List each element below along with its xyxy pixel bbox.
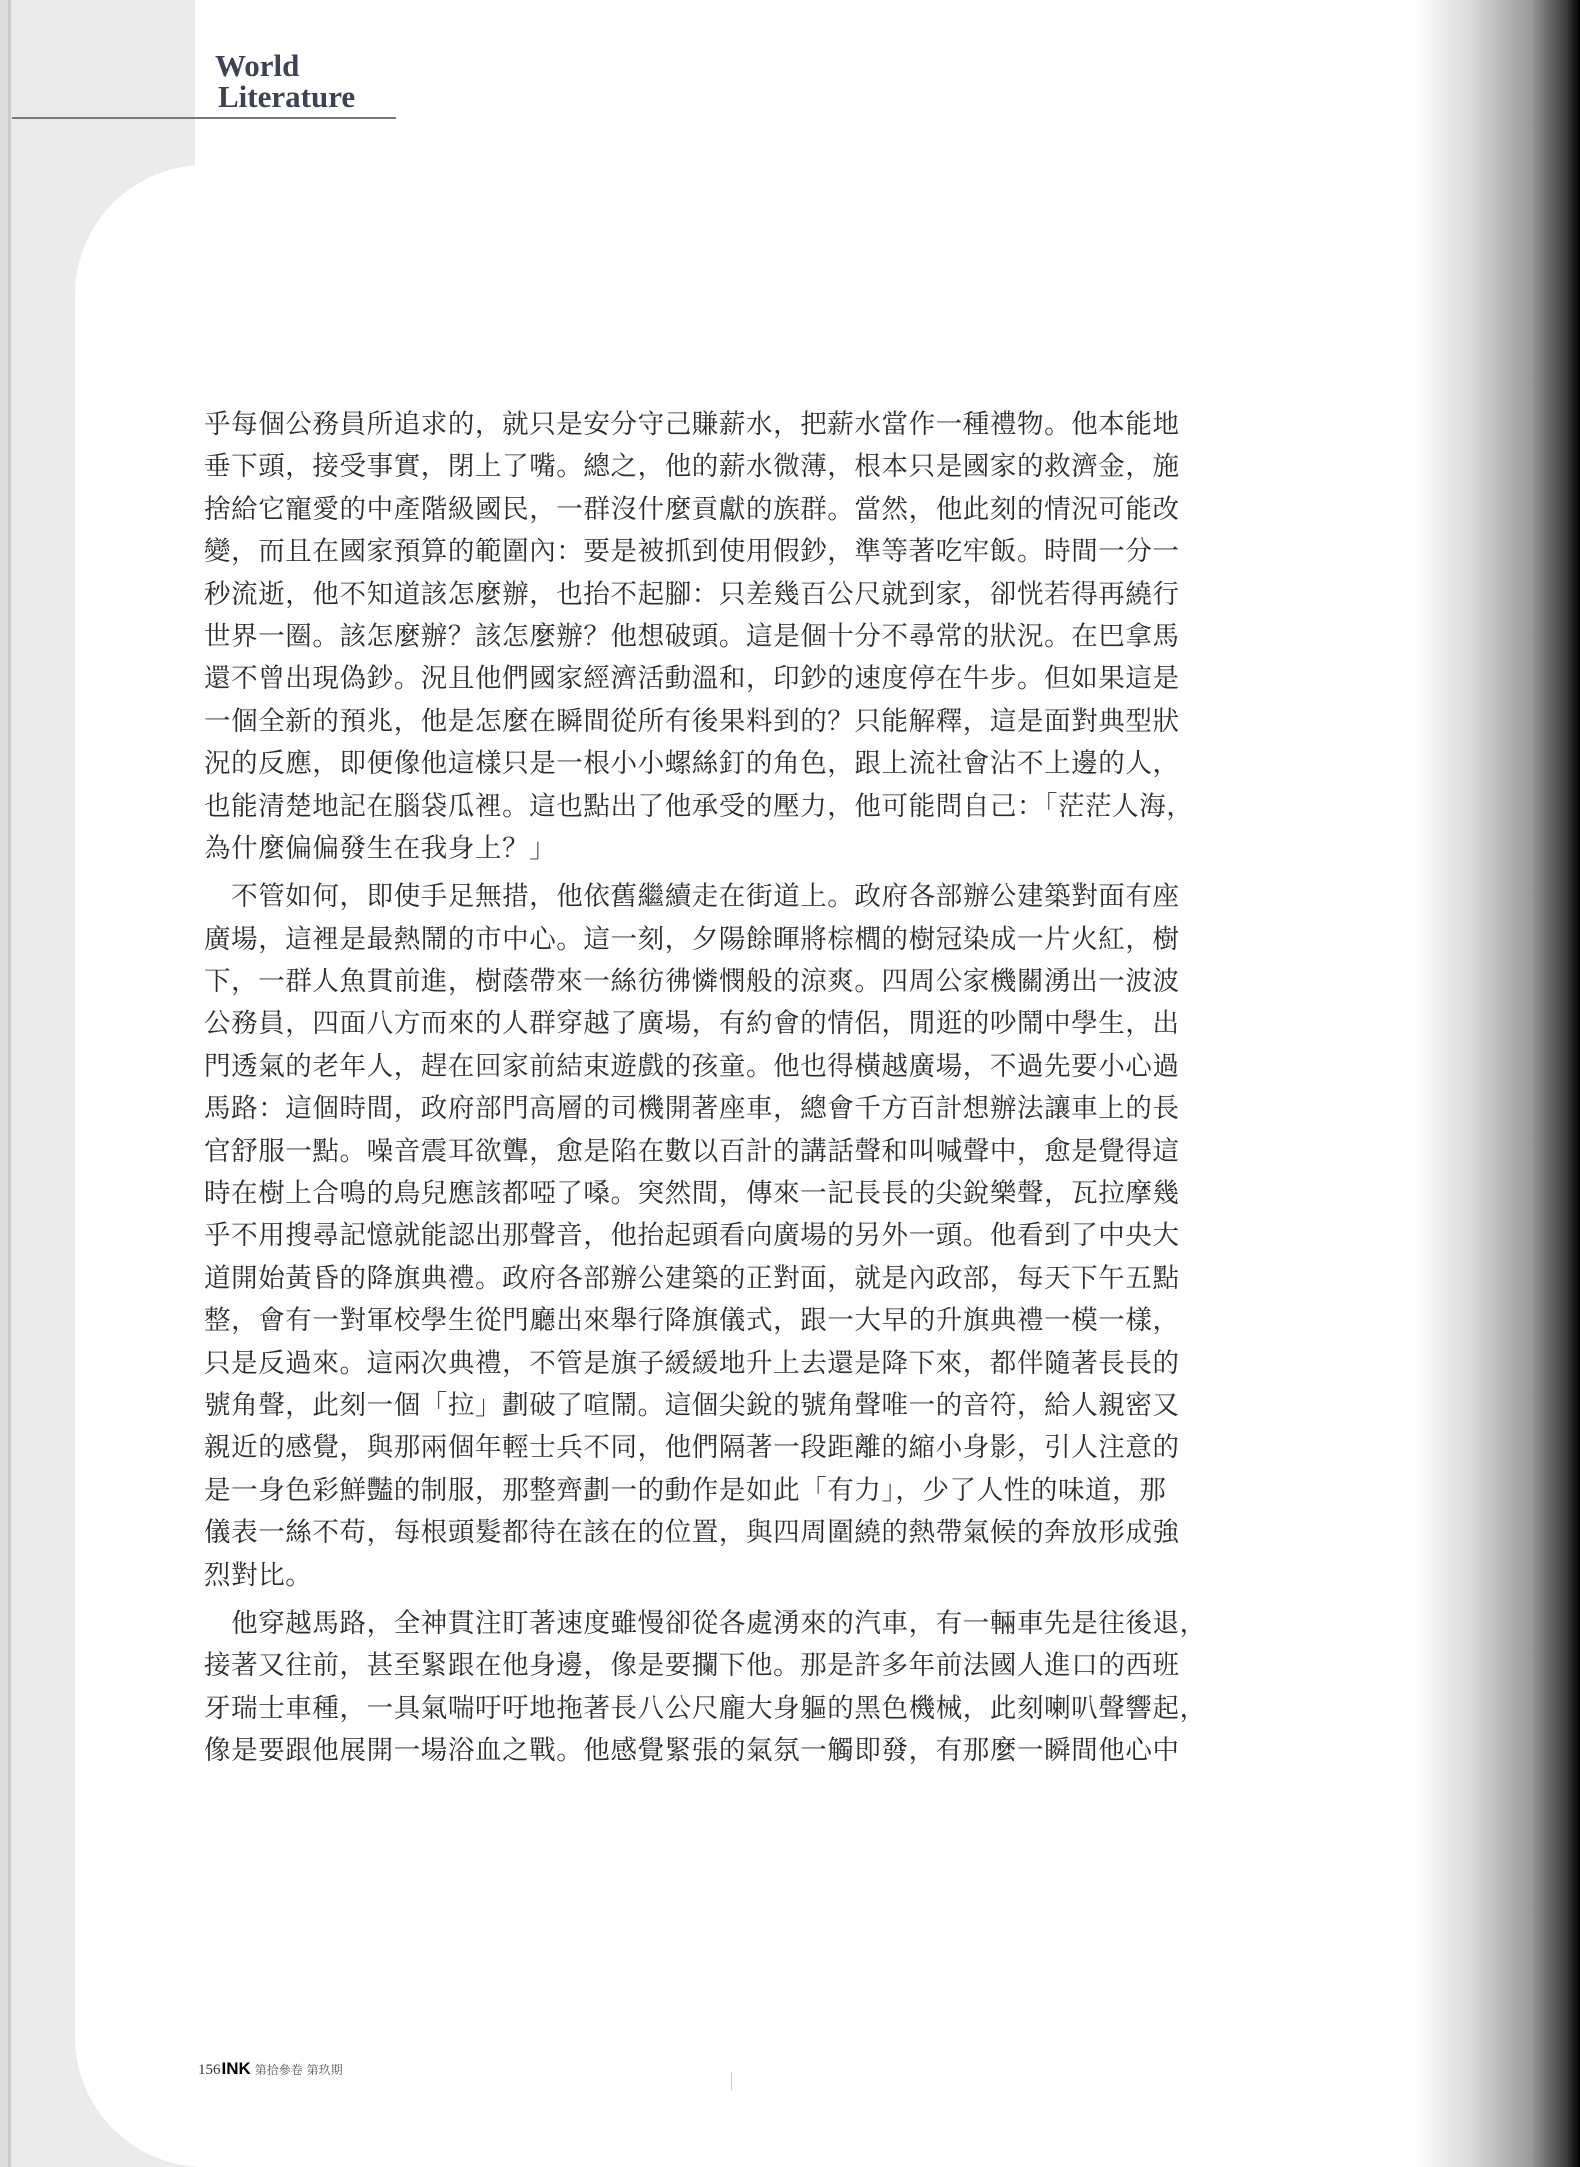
- article-body: 乎每個公務員所追求的，就只是安分守己賺薪水，把薪水當作一種禮物。他本能地 垂下頭…: [204, 404, 1224, 1773]
- body-line: 捨給它寵愛的中產階級國民，一群沒什麼貢獻的族群。當然，他此刻的情況可能改: [204, 489, 1224, 531]
- body-line: 接著又往前，甚至緊跟在他身邊，像是要攔下他。那是許多年前法國人進口的西班: [204, 1645, 1224, 1687]
- body-line: 儀表一絲不苟，每根頭髮都待在該在的位置，與四周圍繞的熱帶氣候的奔放形成強: [204, 1512, 1224, 1554]
- issue-label: 第拾參卷 第玖期: [255, 2063, 343, 2077]
- body-line: 乎每個公務員所追求的，就只是安分守己賺薪水，把薪水當作一種禮物。他本能地: [204, 404, 1224, 446]
- body-line: 是一身色彩鮮豔的制服，那整齊劃一的動作是如此「有力」，少了人性的味道，那: [204, 1470, 1224, 1512]
- section-title-line1: World: [215, 50, 355, 81]
- body-line: 整，會有一對軍校學生從門廳出來舉行降旗儀式，跟一大早的升旗典禮一模一樣，: [204, 1300, 1224, 1342]
- body-line: 廣場，這裡是最熱鬧的市中心。這一刻，夕陽餘暉將棕櫚的樹冠染成一片火紅，樹: [204, 919, 1224, 961]
- body-line: 為什麼偏偏發生在我身上？」: [204, 828, 1224, 870]
- section-title: World Literature: [215, 50, 355, 112]
- body-line: 烈對比。: [204, 1555, 1224, 1597]
- body-line: 門透氣的老年人，趕在回家前結束遊戲的孩童。他也得橫越廣場，不過先要小心過: [204, 1046, 1224, 1088]
- body-line: 世界一圈。該怎麼辦？該怎麼辦？他想破頭。這是個十分不尋常的狀況。在巴拿馬: [204, 616, 1224, 658]
- body-line: 秒流逝，他不知道該怎麼辦，也抬不起腳：只差幾百公尺就到家，卻恍若得再繞行: [204, 574, 1224, 616]
- body-line: 馬路：這個時間，政府部門高層的司機開著座車，總會千方百計想辦法讓車上的長: [204, 1088, 1224, 1130]
- body-line: 官舒服一點。噪音震耳欲聾，愈是陷在數以百計的講話聲和叫喊聲中，愈是覺得這: [204, 1131, 1224, 1173]
- body-line: 號角聲，此刻一個「拉」劃破了喧鬧。這個尖銳的號角聲唯一的音符，給人親密又: [204, 1385, 1224, 1427]
- body-line: 不管如何，即使手足無措，他依舊繼續走在街道上。政府各部辦公建築對面有座: [204, 876, 1224, 918]
- page-footer: 156INK第拾參卷 第玖期: [198, 2059, 343, 2079]
- body-line: 牙瑞士車種，一具氣喘吁吁地拖著長八公尺龐大身軀的黑色機械，此刻喇叭聲響起，: [204, 1688, 1224, 1730]
- magazine-page: World Literature 乎每個公務員所追求的，就只是安分守己賺薪水，把…: [0, 0, 1580, 2167]
- body-line: 道開始黃昏的降旗典禮。政府各部辦公建築的正對面，就是內政部，每天下午五點: [204, 1258, 1224, 1300]
- content-panel-bottom-curve: [75, 1880, 335, 2167]
- body-line: 時在樹上合鳴的鳥兒應該都啞了嗓。突然間，傳來一記長長的尖銳樂聲，瓦拉摩幾: [204, 1173, 1224, 1215]
- magazine-logo: INK: [222, 2059, 251, 2078]
- binding-edge: [0, 0, 8, 2167]
- body-line: 像是要跟他展開一場浴血之戰。他感覺緊張的氣氛一觸即發，有那麼一瞬間他心中: [204, 1730, 1224, 1772]
- binding-line: [8, 0, 11, 2167]
- body-line: 他穿越馬路，全神貫注盯著速度雖慢卻從各處湧來的汽車，有一輛車先是往後退，: [204, 1603, 1224, 1645]
- body-line: 還不曾出現偽鈔。況且他們國家經濟活動溫和，印鈔的速度停在牛步。但如果這是: [204, 658, 1224, 700]
- body-line: 垂下頭，接受事實，閉上了嘴。總之，他的薪水微薄，根本只是國家的救濟金，施: [204, 446, 1224, 488]
- page-fold-shadow: [1415, 0, 1580, 2167]
- header-divider: [12, 117, 396, 119]
- body-line: 下，一群人魚貫前進，樹蔭帶來一絲彷彿憐憫般的涼爽。四周公家機關湧出一波波: [204, 961, 1224, 1003]
- body-line: 變，而且在國家預算的範圍內：要是被抓到使用假鈔，準等著吃牢飯。時間一分一: [204, 531, 1224, 573]
- body-line: 況的反應，即便像他這樣只是一根小小螺絲釘的角色，跟上流社會沾不上邊的人，: [204, 743, 1224, 785]
- body-line: 公務員，四面八方而來的人群穿越了廣場，有約會的情侶，閒逛的吵鬧中學生，出: [204, 1003, 1224, 1045]
- page-number: 156: [198, 2062, 221, 2078]
- body-line: 只是反過來。這兩次典禮，不管是旗子緩緩地升上去還是降下來，都伴隨著長長的: [204, 1343, 1224, 1385]
- body-line: 親近的感覺，與那兩個年輕士兵不同，他們隔著一段距離的縮小身影，引人注意的: [204, 1427, 1224, 1469]
- paper-crease-mark: [731, 2072, 732, 2090]
- body-line: 乎不用搜尋記憶就能認出那聲音，他抬起頭看向廣場的另外一頭。他看到了中央大: [204, 1215, 1224, 1257]
- body-line: 一個全新的預兆，他是怎麼在瞬間從所有後果料到的？只能解釋，這是面對典型狀: [204, 701, 1224, 743]
- body-line: 也能清楚地記在腦袋瓜裡。這也點出了他承受的壓力，他可能問自己：「茫茫人海，: [204, 786, 1224, 828]
- section-title-line2: Literature: [218, 81, 355, 112]
